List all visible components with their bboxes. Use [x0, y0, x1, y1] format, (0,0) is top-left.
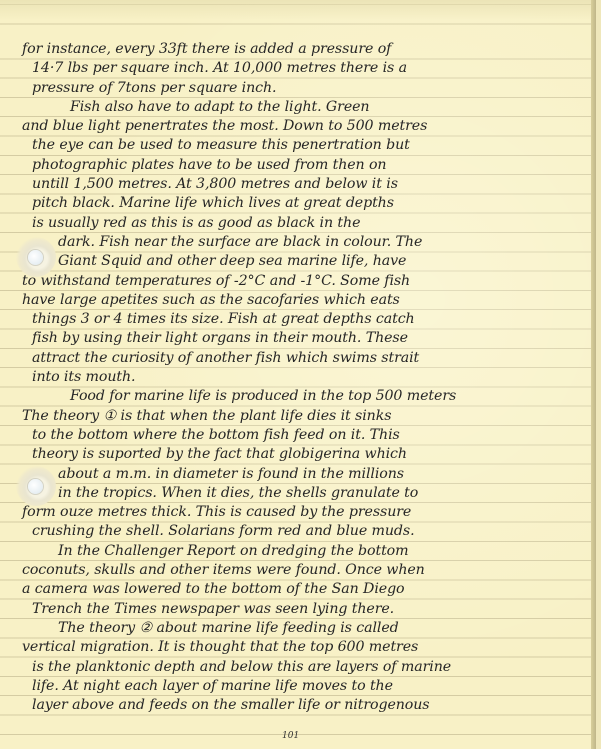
- text-line: is usually red as this is as good as bla…: [22, 214, 592, 233]
- text-line: a camera was lowered to the bottom of th…: [22, 580, 592, 599]
- text-line: dark. Fish near the surface are black in…: [22, 233, 592, 252]
- text-line: Fish also have to adapt to the light. Gr…: [22, 98, 592, 117]
- text-line: have large apetites such as the sacofari…: [22, 291, 592, 310]
- text-line: form ouze metres thick. This is caused b…: [22, 503, 592, 522]
- text-line: attract the curiosity of another fish wh…: [22, 349, 592, 368]
- text-line: is the planktonic depth and below this a…: [22, 658, 592, 677]
- handwritten-text-body: for instance, every 33ft there is added …: [22, 40, 592, 715]
- text-line: In the Challenger Report on dredging the…: [22, 542, 592, 561]
- text-line: coconuts, skulls and other items were fo…: [22, 561, 592, 580]
- text-line: Food for marine life is produced in the …: [22, 387, 592, 406]
- text-line: 14·7 lbs per square inch. At 10,000 metr…: [22, 59, 592, 78]
- text-line: for instance, every 33ft there is added …: [22, 40, 592, 59]
- text-line: Giant Squid and other deep sea marine li…: [22, 252, 592, 271]
- text-line: layer above and feeds on the smaller lif…: [22, 696, 592, 715]
- text-line: about a m.m. in diameter is found in the…: [22, 465, 592, 484]
- text-line: life. At night each layer of marine life…: [22, 677, 592, 696]
- text-line: The theory ② about marine life feeding i…: [22, 619, 592, 638]
- text-line: things 3 or 4 times its size. Fish at gr…: [22, 310, 592, 329]
- text-line: Trench the Times newspaper was seen lyin…: [22, 600, 592, 619]
- text-line: into its mouth.: [22, 368, 592, 387]
- text-line: pressure of 7tons per square inch.: [22, 79, 592, 98]
- text-line: photographic plates have to be used from…: [22, 156, 592, 175]
- text-line: vertical migration. It is thought that t…: [22, 638, 592, 657]
- text-line: pitch black. Marine life which lives at …: [22, 194, 592, 213]
- notebook-page: for instance, every 33ft there is added …: [0, 0, 596, 749]
- text-line: The theory ① is that when the plant life…: [22, 407, 592, 426]
- text-line: to withstand temperatures of -2°C and -1…: [22, 272, 592, 291]
- text-line: the eye can be used to measure this pene…: [22, 136, 592, 155]
- page-number: 101: [282, 731, 299, 741]
- page-top-shade: [0, 0, 596, 20]
- page-right-edge: [591, 0, 596, 749]
- text-line: theory is suported by the fact that glob…: [22, 445, 592, 464]
- text-line: to the bottom where the bottom fish feed…: [22, 426, 592, 445]
- text-line: in the tropics. When it dies, the shells…: [22, 484, 592, 503]
- text-line: untill 1,500 metres. At 3,800 metres and…: [22, 175, 592, 194]
- text-line: and blue light penertrates the most. Dow…: [22, 117, 592, 136]
- text-line: crushing the shell. Solarians form red a…: [22, 522, 592, 541]
- text-line: fish by using their light organs in thei…: [22, 329, 592, 348]
